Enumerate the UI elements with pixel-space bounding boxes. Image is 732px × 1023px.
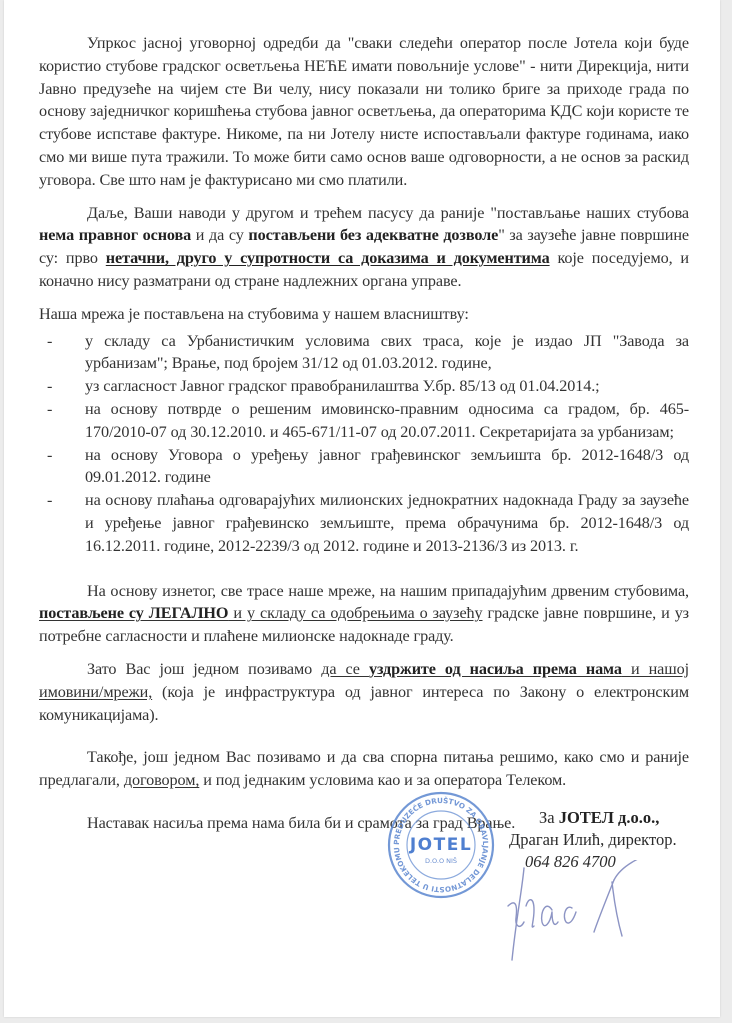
letter-body: Упркос јасној уговорној одредби да "свак… [39, 32, 689, 835]
list-item: у складу са Урбанистичким условима свих … [85, 330, 689, 376]
paragraph-3: На основу изнетог, све трасе наше мреже,… [39, 580, 689, 648]
svg-text:D.O.O NIŠ: D.O.O NIŠ [425, 856, 457, 865]
paragraph-4: Зато Вас још једном позивамо да се уздрж… [39, 658, 689, 726]
list-item: на основу Уговора о уређењу јавног грађе… [85, 444, 689, 490]
handwritten-signature-icon [494, 860, 714, 970]
list-intro: Наша мрежа је постављена на стубовима у … [39, 303, 689, 326]
list-item: уз сагласност Јавног градског правобрани… [85, 375, 689, 398]
permits-list: у складу са Урбанистичким условима свих … [39, 330, 689, 558]
list-item: на основу потврде о решеним имовинско-пр… [85, 398, 689, 444]
company-stamp-icon: PREDUZEĆE DRUŠTVO ZA OBAVLJANJE DELATNOS… [386, 790, 496, 900]
signature-company: За ЈОТЕЛ д.о.о., [509, 807, 719, 829]
list-item: на основу плаћања одговарајућих милионск… [85, 489, 689, 557]
paragraph-1: Упркос јасној уговорној одредби да "свак… [39, 32, 689, 192]
signature-name-title: Драган Илић, директор. [509, 829, 719, 851]
paragraph-2: Даље, Ваши наводи у другом и трећем пасу… [39, 202, 689, 293]
paragraph-5: Такође, још једном Вас позивамо и да сва… [39, 746, 689, 792]
svg-text:JOTEL: JOTEL [409, 835, 472, 855]
document-page: Упркос јасној уговорној одредби да "свак… [4, 0, 720, 1017]
